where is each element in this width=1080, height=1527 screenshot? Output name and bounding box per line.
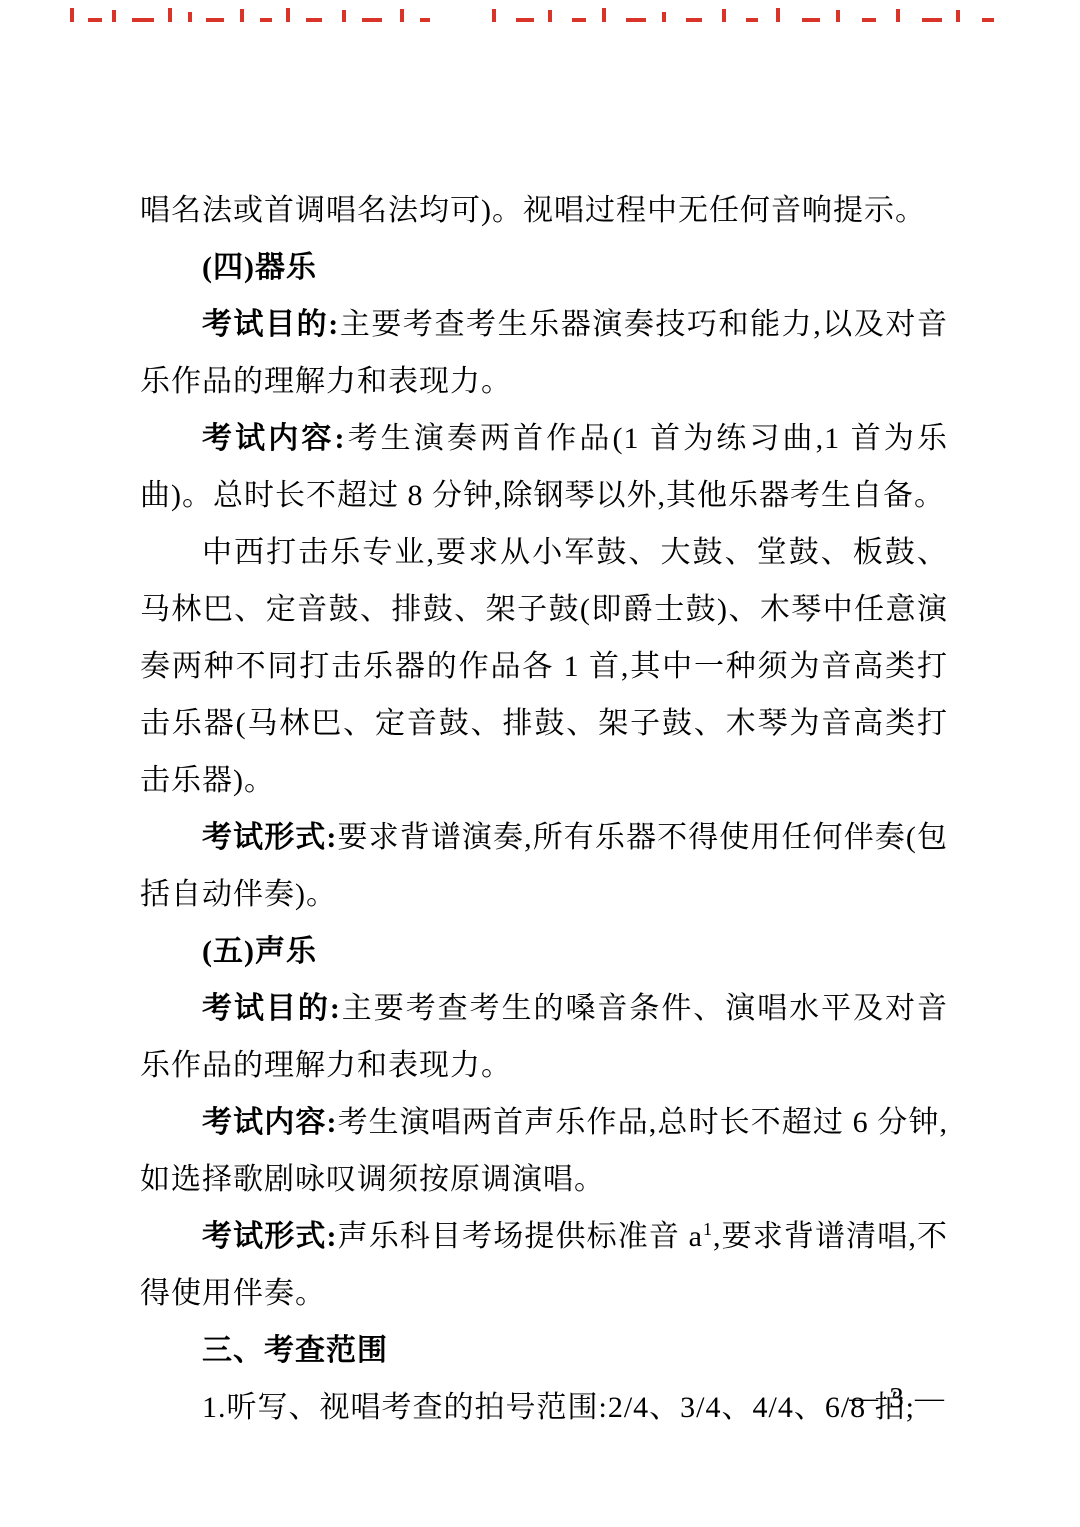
red-stroke-fragment (240, 9, 244, 22)
red-stroke-fragment (836, 10, 840, 22)
red-stroke-fragment (776, 8, 780, 22)
red-stroke-fragment (400, 9, 404, 22)
red-stroke-fragment (420, 18, 430, 22)
red-stroke-fragment (132, 18, 154, 22)
red-stroke-fragment (896, 9, 900, 22)
label-exam-content: 考试内容: (202, 1106, 337, 1139)
red-stroke-fragment (188, 12, 192, 22)
paragraph-vocal-purpose: 考试目的:主要考查考生的嗓音条件、演唱水平及对音乐作品的理解力和表现力。 (140, 980, 948, 1094)
paragraph-percussion-requirements: 中西打击乐专业,要求从小军鼓、大鼓、堂鼓、板鼓、马林巴、定音鼓、排鼓、架子鼓(即… (140, 524, 948, 809)
red-stroke-fragment (516, 18, 534, 22)
red-stroke-fragment (862, 18, 876, 22)
red-stroke-fragment (802, 18, 820, 22)
document-body: 唱名法或首调唱名法均可)。视唱过程中无任何音响提示。 (四)器乐 考试目的:主要… (140, 182, 948, 1436)
top-red-fragments (0, 0, 1080, 28)
red-stroke-fragment (70, 8, 74, 22)
page-number: — 3 — (849, 1382, 946, 1415)
paragraph-sightsinging-continuation: 唱名法或首调唱名法均可)。视唱过程中无任何音响提示。 (140, 182, 948, 239)
label-exam-format: 考试形式: (202, 821, 337, 854)
red-stroke-fragment (922, 18, 942, 22)
red-stroke-fragment (112, 10, 116, 22)
red-stroke-fragment (602, 8, 606, 22)
standard-pitch-superscript: 1 (703, 1219, 713, 1239)
paragraph-instrumental-format: 考试形式:要求背谱演奏,所有乐器不得使用任何伴奏(包括自动伴奏)。 (140, 809, 948, 923)
label-exam-content: 考试内容: (202, 422, 345, 455)
red-stroke-fragment (548, 10, 552, 22)
section-heading-instrumental: (四)器乐 (140, 239, 948, 296)
red-stroke-fragment (662, 12, 666, 22)
label-exam-purpose: 考试目的: (202, 308, 339, 341)
section-heading-scope: 三、考查范围 (140, 1322, 948, 1379)
paragraph-vocal-format: 考试形式:声乐科目考场提供标准音 a1,要求背谱清唱,不得使用伴奏。 (140, 1208, 948, 1322)
red-stroke-fragment (722, 9, 726, 22)
red-stroke-fragment (260, 18, 272, 22)
red-stroke-fragment (306, 18, 322, 22)
section-heading-vocal: (五)声乐 (140, 923, 948, 980)
red-stroke-fragment (572, 18, 586, 22)
document-page: 唱名法或首调唱名法均可)。视唱过程中无任何音响提示。 (四)器乐 考试目的:主要… (0, 0, 1080, 1527)
label-exam-purpose: 考试目的: (202, 992, 341, 1025)
red-stroke-fragment (206, 18, 224, 22)
red-stroke-fragment (626, 18, 646, 22)
red-stroke-fragment (168, 8, 172, 22)
red-stroke-fragment (342, 10, 346, 22)
paragraph-vocal-content: 考试内容:考生演唱两首声乐作品,总时长不超过 6 分钟,如选择歌剧咏叹调须按原调… (140, 1094, 948, 1208)
paragraph-instrumental-purpose: 考试目的:主要考查考生乐器演奏技巧和能力,以及对音乐作品的理解力和表现力。 (140, 296, 948, 410)
red-stroke-fragment (362, 18, 382, 22)
red-stroke-fragment (686, 18, 702, 22)
paragraph-instrumental-content: 考试内容:考生演奏两首作品(1 首为练习曲,1 首为乐曲)。总时长不超过 8 分… (140, 410, 948, 524)
red-stroke-fragment (286, 8, 290, 22)
red-stroke-fragment (492, 9, 496, 22)
label-exam-format: 考试形式: (202, 1220, 338, 1253)
red-stroke-fragment (982, 18, 994, 22)
red-stroke-fragment (746, 18, 758, 22)
paragraph-time-signature-scope: 1.听写、视唱考查的拍号范围:2/4、3/4、4/4、6/8 拍; (140, 1379, 948, 1436)
red-stroke-fragment (88, 18, 102, 22)
paragraph-text: 声乐科目考场提供标准音 a (338, 1220, 703, 1253)
red-stroke-fragment (956, 10, 960, 22)
